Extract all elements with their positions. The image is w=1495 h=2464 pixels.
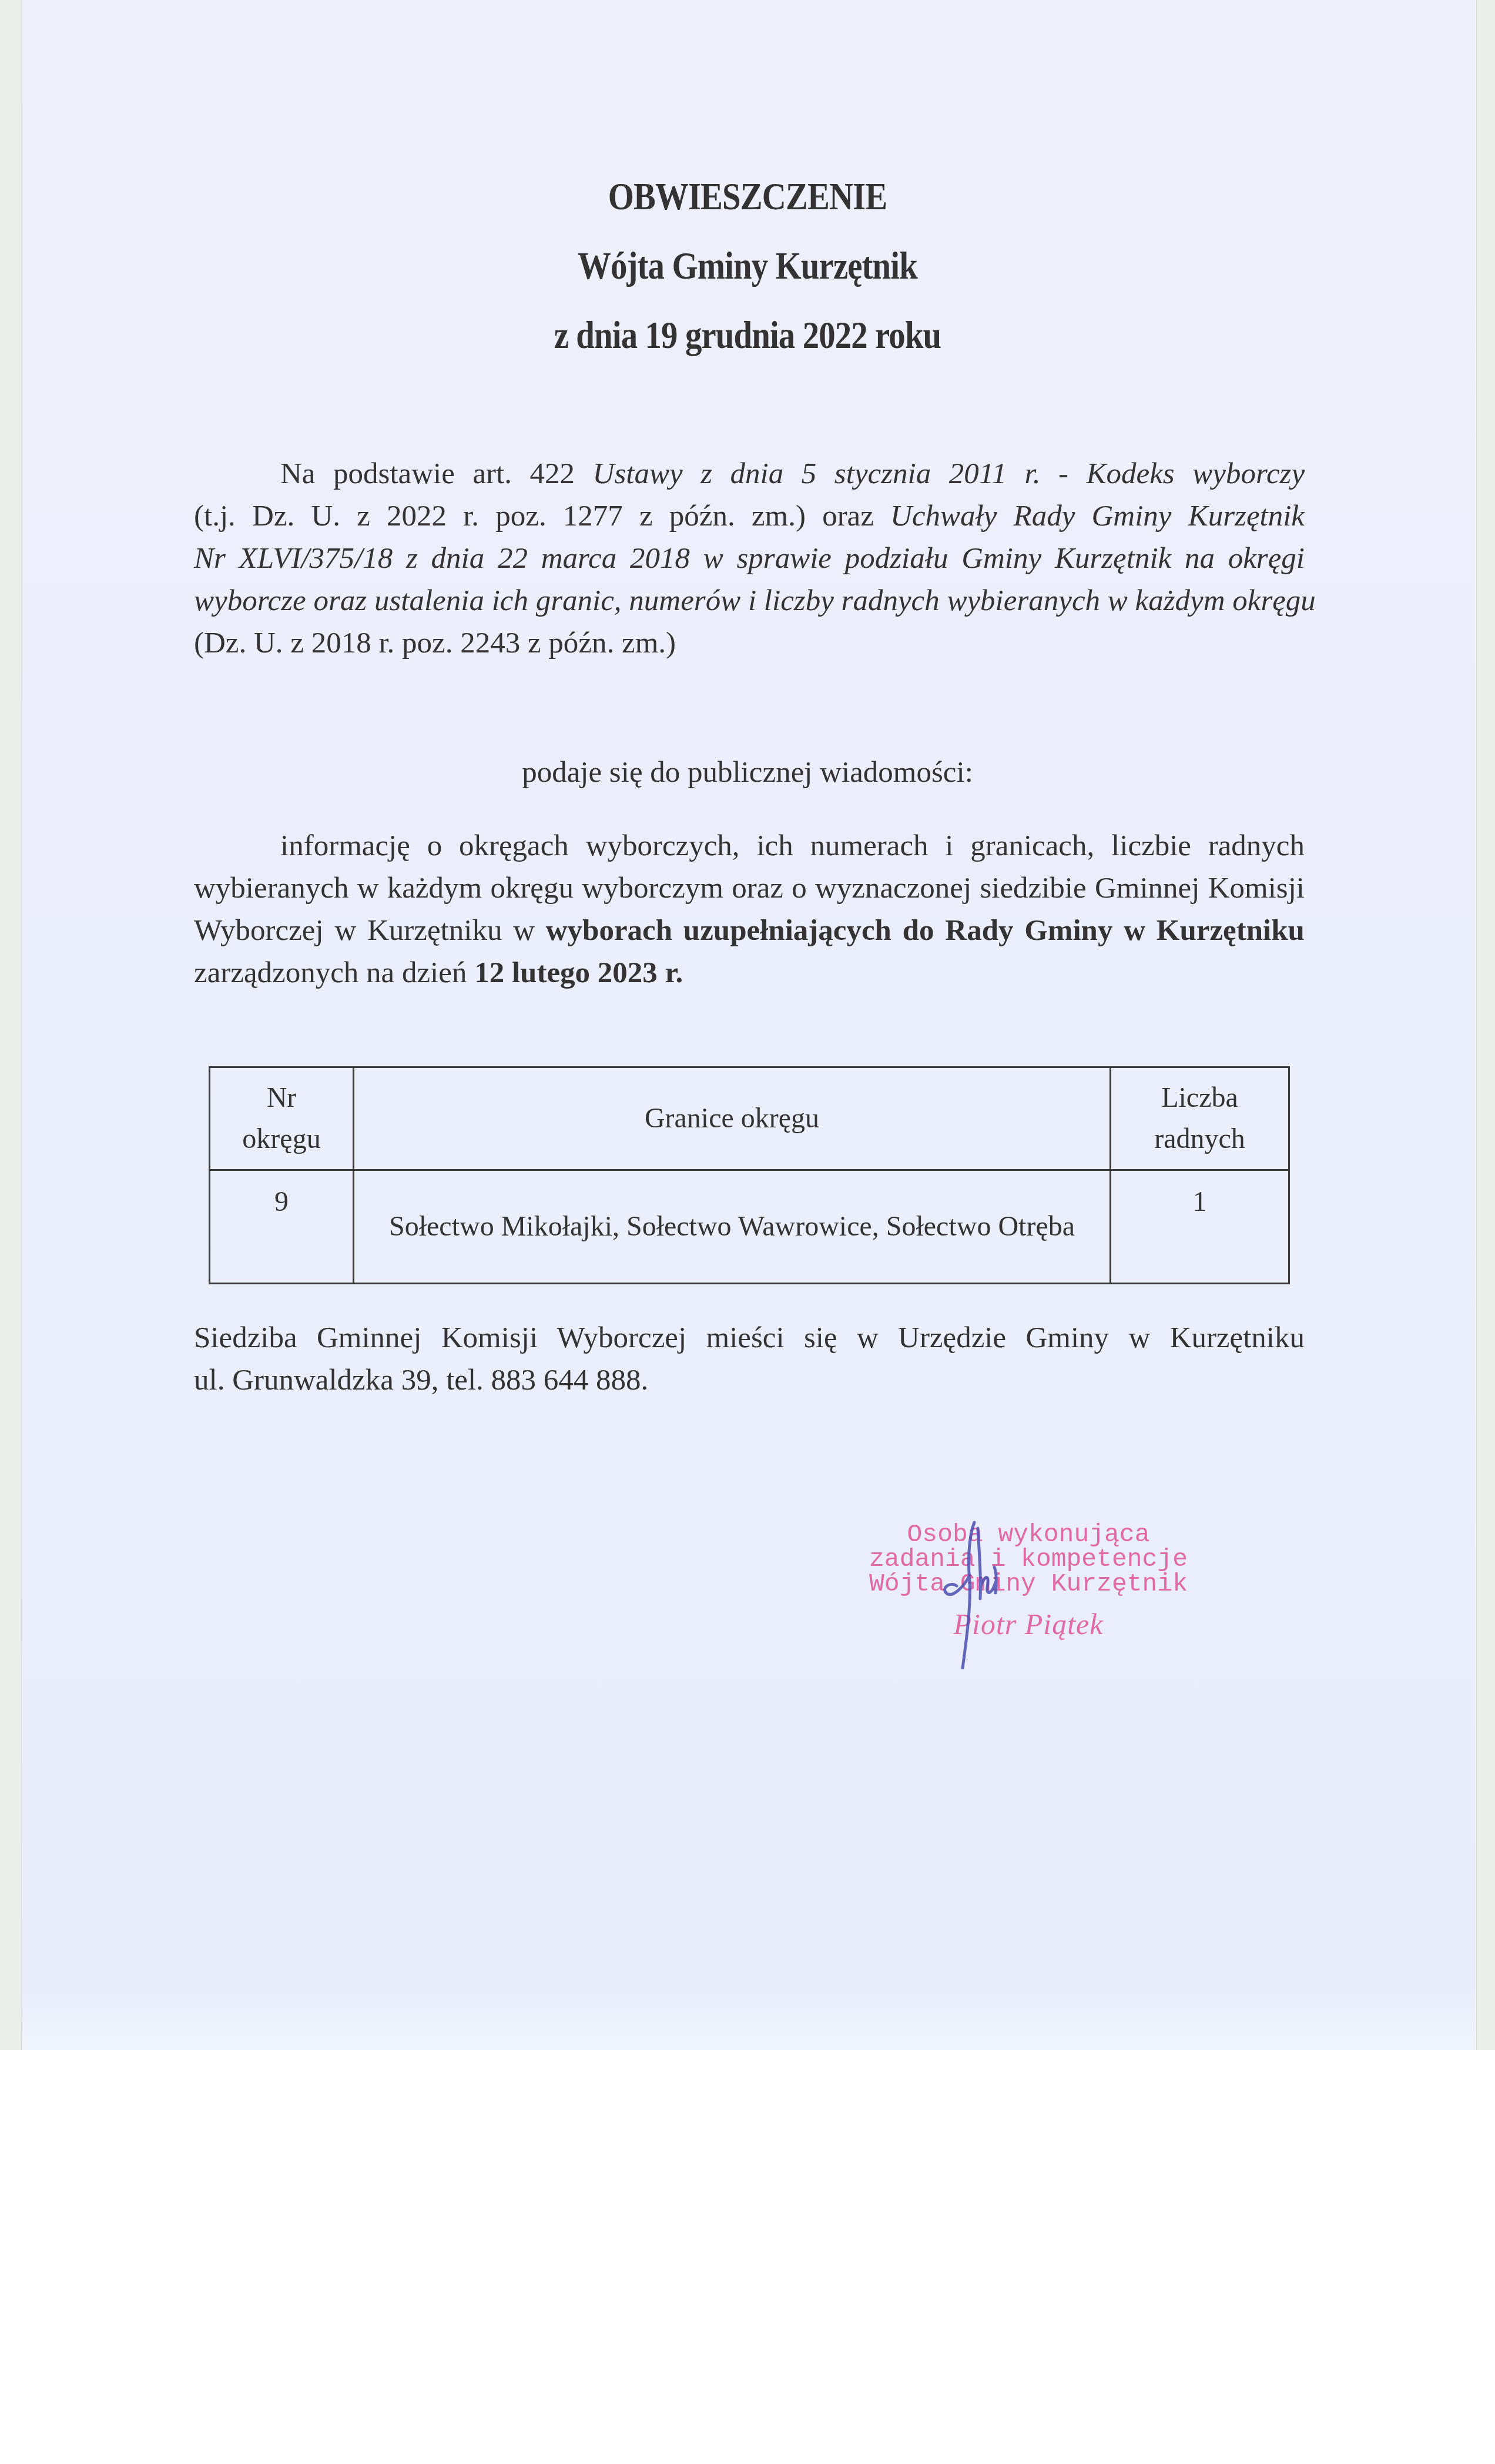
paragraph-line: Nr XLVI/375/18 z dnia 22 marca 2018 w sp… [194,537,1305,580]
paragraph-line: zarządzonych na dzień 12 lutego 2023 r. [194,952,1305,994]
paragraph-line: (t.j. Dz. U. z 2022 r. poz. 1277 z późn.… [194,495,1305,537]
cell-councillor-count: 1 [1111,1170,1289,1284]
header-councillor-count: Liczba radnych [1111,1067,1289,1170]
cell-district-borders: Sołectwo Mikołajki, Sołectwo Wawrowice, … [354,1170,1111,1284]
text-run: wybieranych w każdym okręgu wyborczym or… [194,872,1305,905]
bold-emphasis: wyborach uzupełniających do Rady Gminy w… [546,914,1305,947]
table-header-row: Nr okręgu Granice okręgu Liczba radnych [210,1067,1289,1170]
scan-edge-left [0,0,22,2050]
text-run: Na podstawie art. 422 [280,457,593,490]
document-title: OBWIESZCZENIE [105,178,1390,216]
information-paragraph: informację o okręgach wyborczych, ich nu… [194,825,1305,994]
paragraph-line: Siedziba Gminnej Komisji Wyborczej mieśc… [194,1317,1305,1359]
paragraph-line: Na podstawie art. 422 Ustawy z dnia 5 st… [194,453,1305,495]
document-issuer: Wójta Gminy Kurzętnik [105,247,1390,286]
text-run: (t.j. Dz. U. z 2022 r. poz. 1277 z późn.… [194,500,890,533]
paragraph-line: ul. Grunwaldzka 39, tel. 883 644 888. [194,1359,1305,1401]
text-run: (Dz. U. z 2018 r. poz. 2243 z późn. zm.) [194,627,676,659]
table-row: 9 Sołectwo Mikołajki, Sołectwo Wawrowice… [210,1170,1289,1284]
districts-table: Nr okręgu Granice okręgu Liczba radnych … [209,1066,1290,1284]
paragraph-line: wybieranych w każdym okręgu wyborczym or… [194,867,1305,909]
header-district-number: Nr okręgu [210,1067,354,1170]
scan-edge-right [1476,0,1495,2050]
text-run: zarządzonych na dzień [194,956,474,989]
paragraph-line: Wyborczej w Kurzętniku w wyborach uzupeł… [194,909,1305,952]
cell-district-number: 9 [210,1170,354,1284]
italic-citation: Ustawy z dnia 5 stycznia 2011 r. - Kodek… [593,457,1305,490]
paragraph-line: wyborcze oraz ustalenia ich granic, nume… [194,580,1305,622]
header-district-borders: Granice okręgu [354,1067,1111,1170]
paragraph-line: (Dz. U. z 2018 r. poz. 2243 z późn. zm.) [194,622,1305,664]
italic-citation: Uchwały Rady Gminy Kurzętnik [890,500,1305,533]
text-run: informację o okręgach wyborczych, ich nu… [280,829,1305,862]
text-run: ul. Grunwaldzka 39, tel. 883 644 888. [194,1364,648,1397]
text-run: Siedziba Gminnej Komisji Wyborczej mieśc… [194,1321,1305,1354]
italic-citation: wyborcze oraz ustalenia ich granic, nume… [194,584,1316,617]
italic-citation: Nr XLVI/375/18 z dnia 22 marca 2018 w sp… [194,542,1305,575]
document-page [22,0,1476,2050]
text-run: Wyborczej w Kurzętniku w [194,914,546,947]
handwritten-signature-icon [928,1516,1046,1669]
legal-basis-paragraph: Na podstawie art. 422 Ustawy z dnia 5 st… [194,453,1305,664]
paragraph-line: informację o okręgach wyborczych, ich nu… [194,825,1305,867]
commission-seat-paragraph: Siedziba Gminnej Komisji Wyborczej mieśc… [194,1317,1305,1401]
bold-emphasis: 12 lutego 2023 r. [474,956,683,989]
document-date: z dnia 19 grudnia 2022 roku [105,316,1390,355]
announcement-line: podaje się do publicznej wiadomości: [0,751,1495,794]
